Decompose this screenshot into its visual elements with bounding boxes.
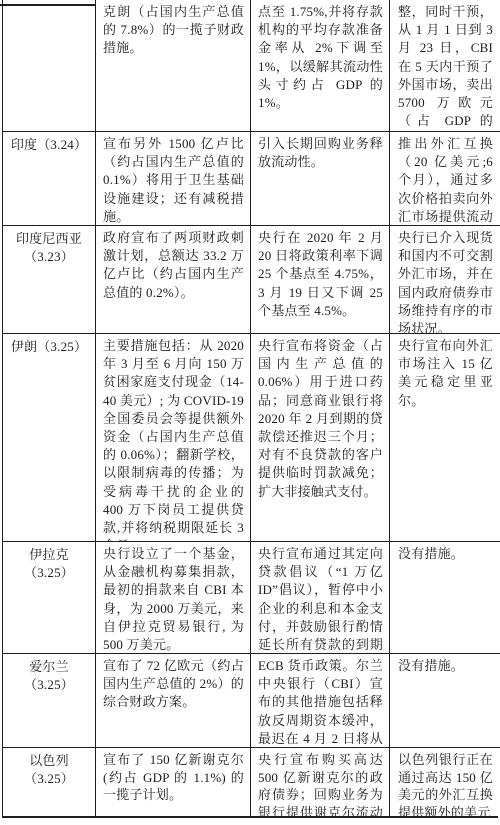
document-page: 克朗（占国内生产总值的 7.8%）的一揽子财政措施。 点至 1.75%,并将存款… [0, 0, 500, 825]
table-bottom-border [2, 816, 498, 818]
cell-country: 伊朗（3.25） [2, 334, 95, 541]
table-row: 伊拉克 （3.25） 央行设立了一个基金，从金融机构募集捐款，最初的捐款来自 C… [2, 541, 500, 653]
cell-country [2, 0, 95, 131]
cell-fx-policy: 没有措施。 [389, 542, 500, 653]
cell-fx-policy: 央行宣布向外汇市场注入 15 亿美元稳定里亚尔。 [389, 334, 500, 541]
cell-fiscal-policy: 央行设立了一个基金，从金融机构募集捐款，最初的捐款来自 CBI 本身，为 200… [95, 542, 250, 653]
cell-fiscal-policy: 克朗（占国内生产总值的 7.8%）的一揽子财政措施。 [95, 0, 250, 131]
cell-country: 以色列 （3.25） [2, 748, 95, 818]
cell-country: 伊拉克 （3.25） [2, 542, 95, 653]
cell-monetary-policy: 央行宣布购买高达 500 亿新谢克尔的政府债券；回购业务为银行提供谢克尔流动性；… [250, 748, 389, 818]
table-row: 克朗（占国内生产总值的 7.8%）的一揽子财政措施。 点至 1.75%,并将存款… [2, 0, 500, 131]
cell-country: 爱尔兰 （3.25） [2, 654, 95, 747]
table-row: 印度（3.24） 宣布另外 1500 亿卢比（约占国内生产总值的 0.1%）将用… [2, 131, 500, 225]
cell-fiscal-policy: 宣布另外 1500 亿卢比（约占国内生产总值的 0.1%）将用于卫生基础设施建设… [95, 132, 250, 225]
cell-country: 印度（3.24） [2, 132, 95, 225]
cell-fiscal-policy: 政府宣布了两项财政刺激计划，总额达 33.2 万亿卢比（约占国内生产总值的 0.… [95, 226, 250, 333]
cell-fiscal-policy: 主要措施包括：从 2020 年 3 月至 6 月向 150 万贫困家庭支付现金（… [95, 334, 250, 541]
cell-monetary-policy: 点至 1.75%,并将存款机构的平均存款准备金率从 2%下调至 1%，以缓解其流… [250, 0, 389, 131]
table-row: 爱尔兰 （3.25） 宣布了 72 亿欧元（约占国内生产总值的 2%）的综合财政… [2, 653, 500, 747]
cell-monetary-policy: 引入长期回购业务释放流动性。 [250, 132, 389, 225]
cell-monetary-policy: ECB 货币政策。尔兰中央银行（CBI）宣布的其他措施包括释放反周期资本缓冲，最… [250, 654, 389, 747]
cell-monetary-policy: 央行在 2020 年 2 月 20 日将政策利率下调 25 个基点至 4.75%… [250, 226, 389, 333]
cell-monetary-policy: 央行宣布通过其定向贷款倡议（“1 万亿 ID”倡议），暂停中小企业的利息和本金支… [250, 542, 389, 653]
cell-fx-policy: 以色列银行正在通过高达 150 亿美元的外汇互换提供额外的美元 [389, 748, 500, 818]
cell-fiscal-policy: 宣布了 72 亿欧元（约占国内生产总值的 2%）的综合财政方案。 [95, 654, 250, 747]
policy-measures-table: 克朗（占国内生产总值的 7.8%）的一揽子财政措施。 点至 1.75%,并将存款… [2, 0, 500, 818]
table-row: 伊朗（3.25） 主要措施包括：从 2020 年 3 月至 6 月向 150 万… [2, 333, 500, 541]
cell-monetary-policy: 央行宣布将资金（占国内生产总值的 0.06%）用于进口药品；同意商业银行将 20… [250, 334, 389, 541]
cell-fiscal-policy: 宣布了 150 亿新谢克尔(约占 GDP 的 1.1%) 的一揽子计划。 [95, 748, 250, 818]
cell-country: 印度尼西亚 （3.23） [2, 226, 95, 333]
table-row: 以色列 （3.25） 宣布了 150 亿新谢克尔(约占 GDP 的 1.1%) … [2, 747, 500, 818]
cell-fx-policy: 推出外汇互换（20 亿美元;6 个月），通过多次价格拍卖向外汇市场提供流动性。 [389, 132, 500, 225]
table-row: 印度尼西亚 （3.23） 政府宣布了两项财政刺激计划，总额达 33.2 万亿卢比… [2, 225, 500, 333]
cell-fx-policy: 央行已介入现货和国内不可交割外汇市场，并在国内政府债券市场维持有序的市场状况。 [389, 226, 500, 333]
cell-fx-policy: 整，同时干预，从 1 月 1 日到 3 月 23 日，CBI 在 5 天内干预了… [389, 0, 500, 131]
cell-fx-policy: 没有措施。 [389, 654, 500, 747]
